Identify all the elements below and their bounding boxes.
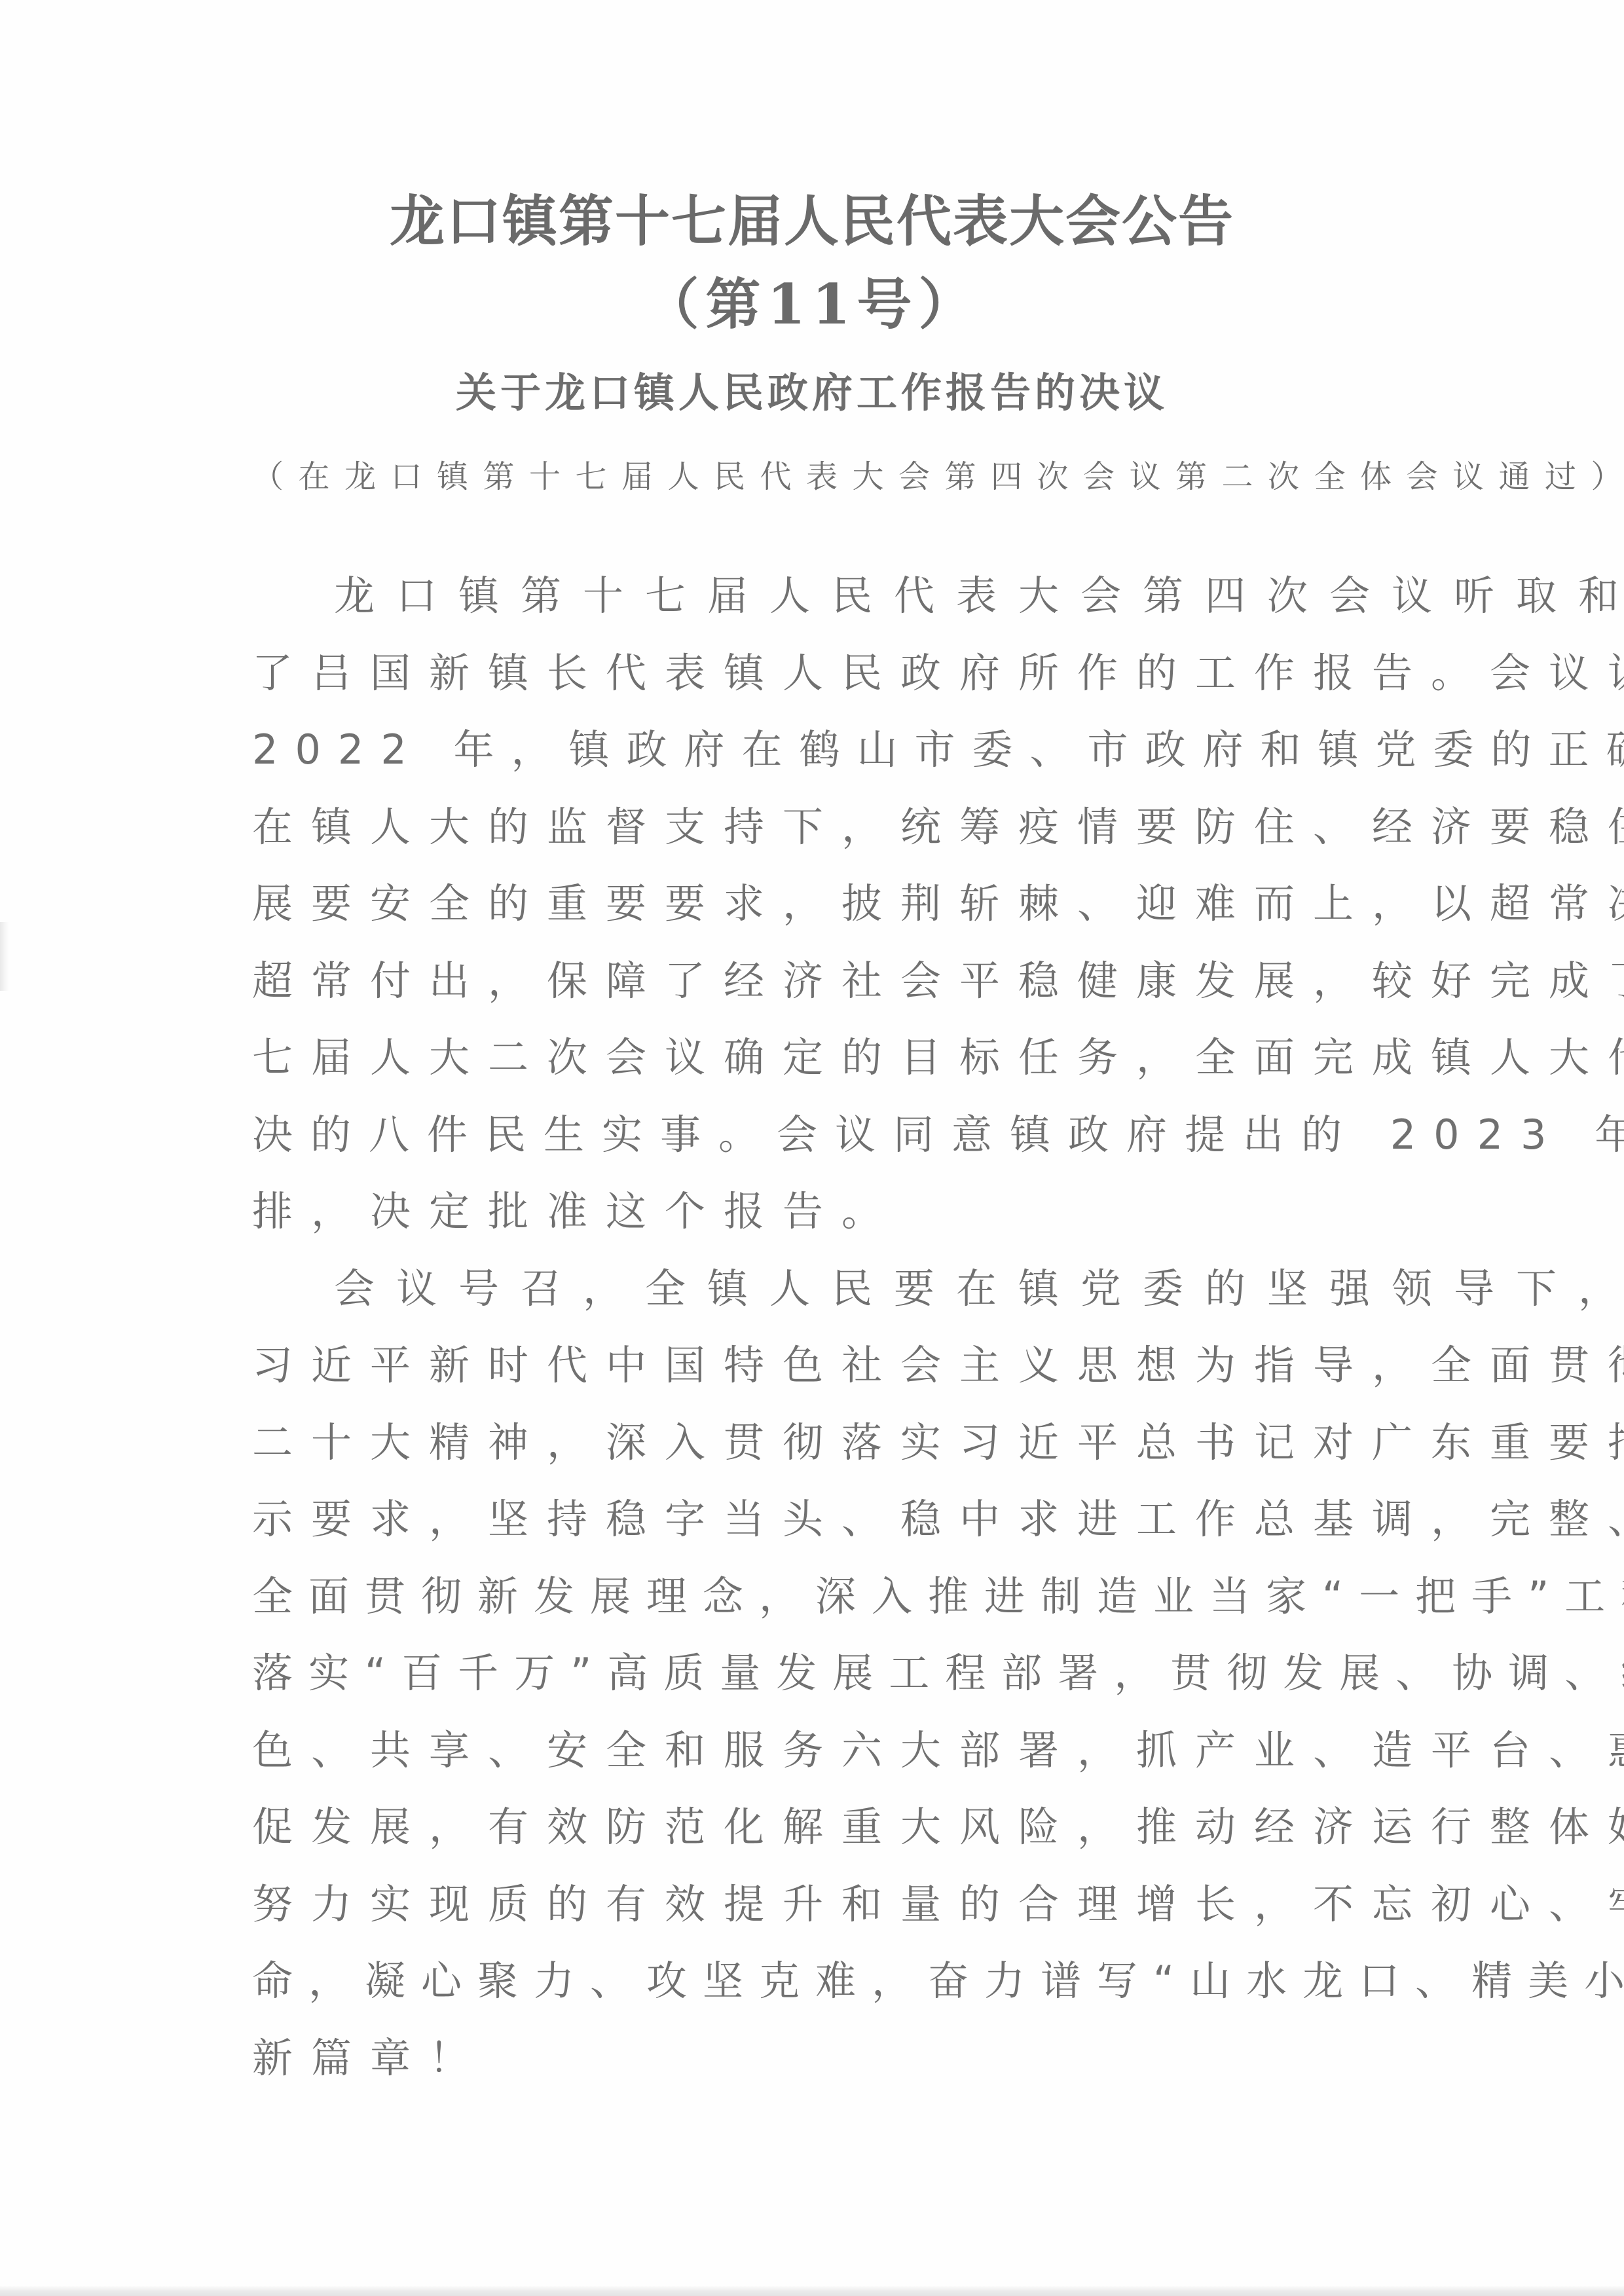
document-page: 龙口镇第十七届人民代表大会公告 （第11号） 关于龙口镇人民政府工作报告的决议 … <box>0 0 1624 2296</box>
paragraph-line: 排，决定批准这个报告。 <box>252 1184 1378 1261</box>
paragraph-line: 超常付出，保障了经济社会平稳健康发展，较好完成了镇十 <box>252 954 1378 1031</box>
paragraph-line: 2022 年，镇政府在鹤山市委、市政府和镇党委的正确领导下， <box>252 722 1378 800</box>
resolution-body: 龙口镇第十七届人民代表大会第四次会议听取和审议 了吕国新镇长代表镇人民政府所作的… <box>252 568 1378 2107</box>
paragraph-line: 色、共享、安全和服务六大部署，抓产业、造平台、惠民生、 <box>252 1723 1378 1800</box>
paragraph-line: 命，凝心聚力、攻坚克难，奋力谱写“山水龙口、精美小镇” <box>252 1953 1378 2031</box>
paragraph-line: 展要安全的重要要求，披荆斩棘、迎难而上，以超常决心、 <box>252 876 1378 954</box>
paragraph-line: 新篇章！ <box>252 2031 1378 2108</box>
announcement-title: 龙口镇第十七届人民代表大会公告 <box>0 189 1624 254</box>
paragraph-1: 龙口镇第十七届人民代表大会第四次会议听取和审议 了吕国新镇长代表镇人民政府所作的… <box>252 568 1378 1261</box>
paragraph-line: 会议号召，全镇人民要在镇党委的坚强领导下，坚持以 <box>252 1261 1378 1339</box>
paragraph-line: 了吕国新镇长代表镇人民政府所作的工作报告。会议认为， <box>252 646 1378 723</box>
announcement-number: （第11号） <box>0 268 1624 341</box>
paragraph-line: 努力实现质的有效提升和量的合理增长，不忘初心、牢记使 <box>252 1877 1378 1954</box>
paragraph-line: 落实“百千万”高质量发展工程部署，贯彻发展、协调、绿 <box>252 1646 1378 1723</box>
paragraph-line: 促发展，有效防范化解重大风险，推动经济运行整体好转， <box>252 1800 1378 1877</box>
paragraph-line: 示要求，坚持稳字当头、稳中求进工作总基调，完整、准确、 <box>252 1492 1378 1569</box>
paragraph-line: 习近平新时代中国特色社会主义思想为指导，全面贯彻党的 <box>252 1338 1378 1415</box>
resolution-title: 关于龙口镇人民政府工作报告的决议 <box>0 367 1624 419</box>
paragraph-line: 二十大精神，深入贯彻落实习近平总书记对广东重要指示批 <box>252 1415 1378 1492</box>
paragraph-line: 龙口镇第十七届人民代表大会第四次会议听取和审议 <box>252 568 1378 646</box>
paragraph-line: 七届人大二次会议确定的目标任务，全面完成镇人大代表票 <box>252 1030 1378 1107</box>
paragraph-2: 会议号召，全镇人民要在镇党委的坚强领导下，坚持以 习近平新时代中国特色社会主义思… <box>252 1261 1378 2108</box>
paragraph-line: 在镇人大的监督支持下，统筹疫情要防住、经济要稳住、发 <box>252 800 1378 877</box>
scan-artifact-bottom <box>0 2286 1624 2296</box>
passed-note: （在龙口镇第十七届人民代表大会第四次会议第二次全体会议通过） <box>252 456 1375 498</box>
paragraph-line: 决的八件民生实事。会议同意镇政府提出的 2023 年工作安 <box>252 1107 1378 1185</box>
scan-artifact-left <box>0 922 9 991</box>
paragraph-line: 全面贯彻新发展理念，深入推进制造业当家“一把手”工程， <box>252 1569 1378 1646</box>
